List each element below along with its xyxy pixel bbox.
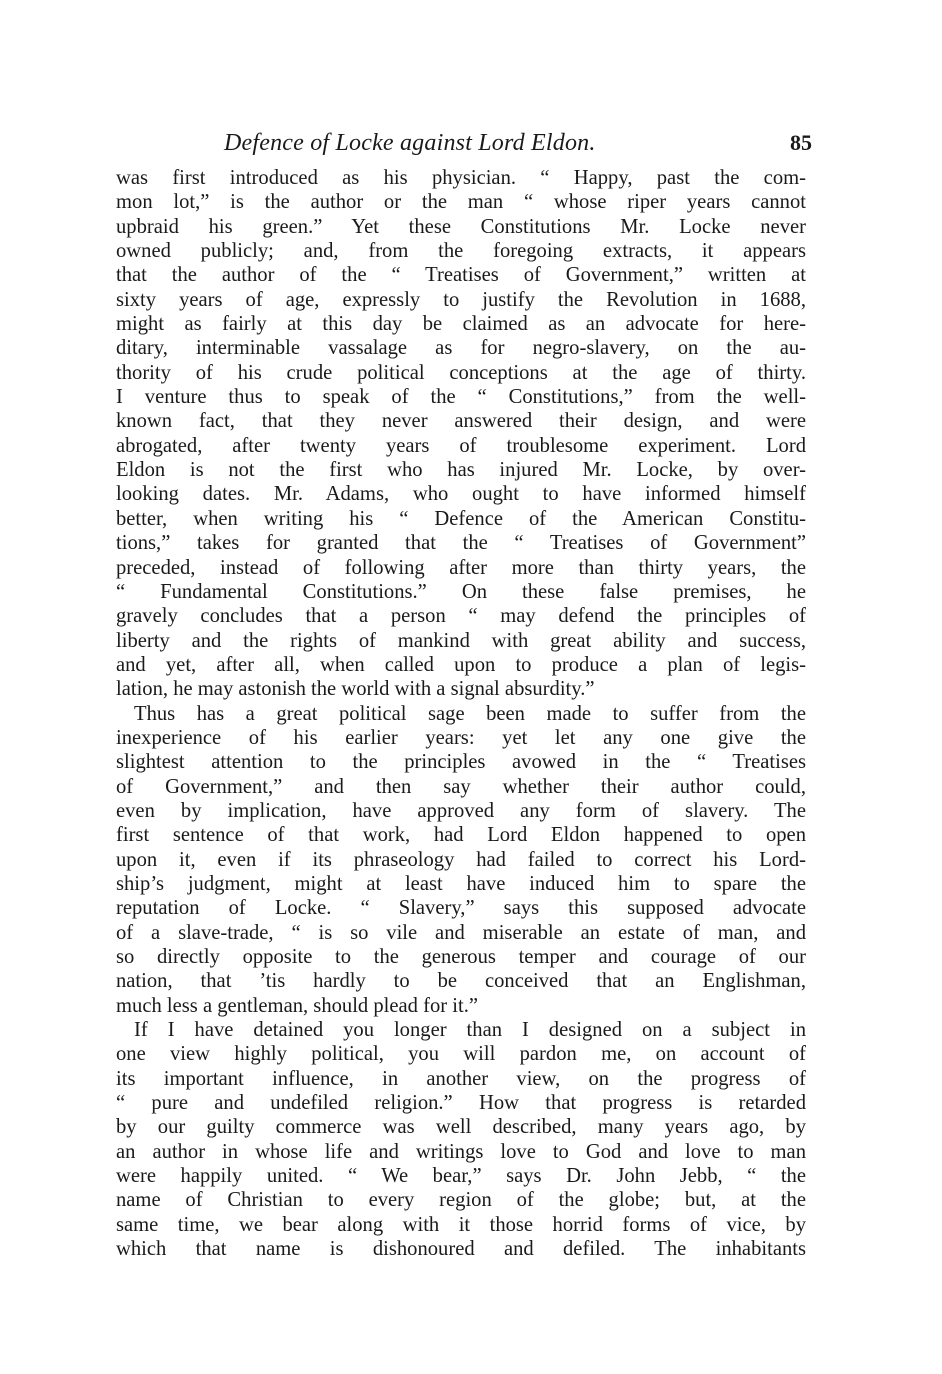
text-line: abrogated, after twenty years of trouble… [116,434,806,458]
text-line: first sentence of that work, had Lord El… [116,823,806,847]
text-line: sixty years of age, expressly to justify… [116,288,806,312]
text-line: known fact, that they never answered the… [116,409,806,433]
text-line: If I have detained you longer than I des… [116,1018,806,1042]
text-line: name of Christian to every region of the… [116,1188,806,1212]
text-line: was first introduced as his physician. “… [116,166,806,190]
paragraph-1: was first introduced as his physician. “… [116,166,806,702]
text-line: gravely concludes that a person “ may de… [116,604,806,628]
text-line: Eldon is not the first who has injured M… [116,458,806,482]
text-line: better, when writing his “ Defence of th… [116,507,806,531]
text-line: and yet, after all, when called upon to … [116,653,806,677]
text-line: which that name is dishonoured and defil… [116,1237,806,1261]
text-line: by our guilty commerce was well describe… [116,1115,806,1139]
text-line: of a slave-trade, “ is so vile and miser… [116,921,806,945]
text-line: so directly opposite to the generous tem… [116,945,806,969]
text-line: upon it, even if its phraseology had fai… [116,848,806,872]
text-line: “ pure and undefiled religion.” How that… [116,1091,806,1115]
text-line: lation, he may astonish the world with a… [116,677,806,701]
paragraph-3: If I have detained you longer than I des… [116,1018,806,1261]
text-line: preceded, instead of following after mor… [116,556,806,580]
text-line: that the author of the “ Treatises of Go… [116,263,806,287]
text-line: inexperience of his earlier years: yet l… [116,726,806,750]
text-line: slightest attention to the principles av… [116,750,806,774]
running-head: Defence of Locke against Lord Eldon. 85 [116,130,806,160]
text-line: thority of his crude political conceptio… [116,361,806,385]
book-page: Defence of Locke against Lord Eldon. 85 … [0,0,942,1374]
text-line: liberty and the rights of mankind with g… [116,629,806,653]
text-line: Thus has a great political sage been mad… [116,702,806,726]
text-line: looking dates. Mr. Adams, who ought to h… [116,482,806,506]
text-line: its important influence, in another view… [116,1067,806,1091]
running-title: Defence of Locke against Lord Eldon. [224,130,596,157]
text-line: ditary, interminable vassalage as for ne… [116,336,806,360]
text-line: “ Fundamental Constitutions.” On these f… [116,580,806,604]
text-line: much less a gentleman, should plead for … [116,994,806,1018]
text-line: ship’s judgment, might at least have ind… [116,872,806,896]
text-line: reputation of Locke. “ Slavery,” says th… [116,896,806,920]
text-line: of Government,” and then say whether the… [116,775,806,799]
text-line: even by implication, have approved any f… [116,799,806,823]
text-line: same time, we bear along with it those h… [116,1213,806,1237]
text-line: one view highly political, you will pard… [116,1042,806,1066]
text-line: might as fairly at this day be claimed a… [116,312,806,336]
text-line: upbraid his green.” Yet these Constituti… [116,215,806,239]
text-line: owned publicly; and, from the foregoing … [116,239,806,263]
text-line: an author in whose life and writings lov… [116,1140,806,1164]
text-line: mon lot,” is the author or the man “ who… [116,190,806,214]
text-line: were happily united. “ We bear,” says Dr… [116,1164,806,1188]
page-number: 85 [790,130,812,156]
body-text: was first introduced as his physician. “… [116,166,806,1261]
paragraph-2: Thus has a great political sage been mad… [116,702,806,1018]
text-line: tions,” takes for granted that the “ Tre… [116,531,806,555]
text-line: I venture thus to speak of the “ Constit… [116,385,806,409]
text-line: nation, that ’tis hardly to be conceived… [116,969,806,993]
